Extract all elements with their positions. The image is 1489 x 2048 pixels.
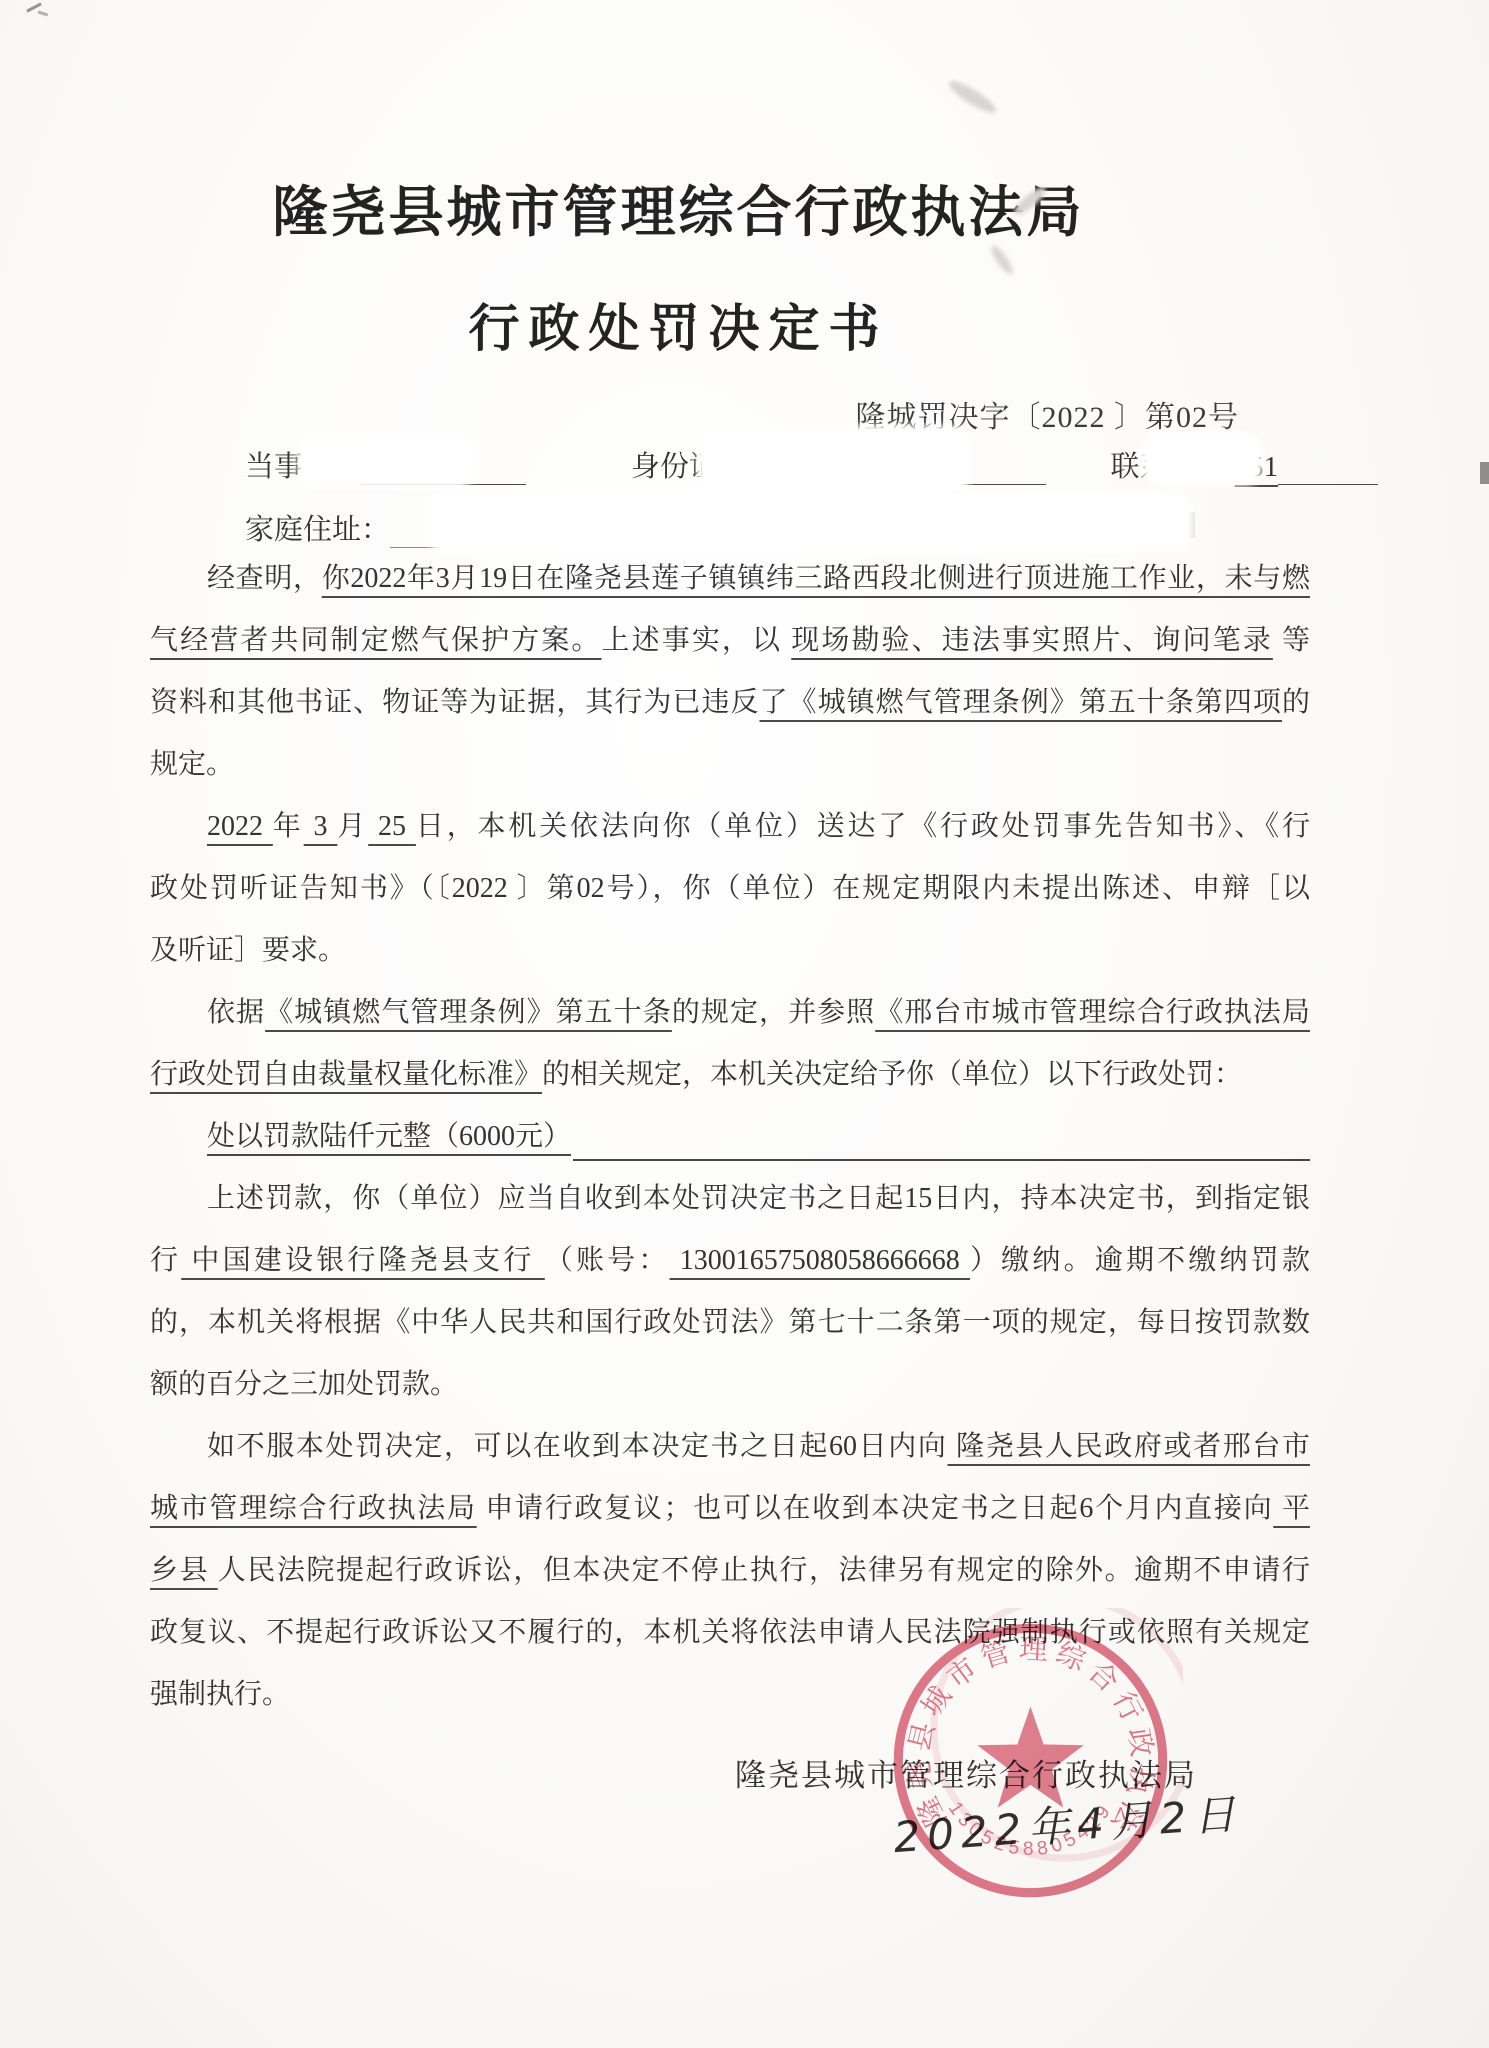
body-line: 经查明，你2022年3月19日在隆尧县莲子镇镇纬三路西段北侧进行顶进施工作业，未… — [150, 548, 1310, 610]
body-line: 及听证］要求。 — [150, 920, 1310, 982]
underlined-text: 城市管理综合行政执法局 — [150, 1493, 477, 1524]
official-red-seal: 隆尧县城市管理综合行政执法局 1305258805429 — [878, 1608, 1183, 1913]
body-line: 行 中国建设银行隆尧县支行 （账号： 13001657508058666668 … — [150, 1230, 1310, 1292]
ghost-stroke — [1188, 512, 1195, 538]
body-line: 的，本机关将根据《中华人民共和国行政处罚法》第七十二条第一项的规定，每日按罚款数 — [150, 1292, 1310, 1354]
underlined-text: 行政处罚自由裁量权量化标准》 — [150, 1059, 542, 1090]
text-segment: 的 — [1282, 687, 1310, 718]
scan-artifact — [38, 11, 48, 17]
redaction-id — [702, 430, 967, 488]
underlined-text: 《邢台市城市管理综合行政执法局 — [875, 997, 1310, 1028]
seal-ring-text: 隆尧县城市管理综合行政执法局 — [878, 1608, 1158, 1843]
svg-text:1305258805429: 1305258805429 — [944, 1798, 1117, 1860]
title-doc-type: 行政处罚决定书 — [0, 287, 1423, 361]
scanned-document-page: 隆尧县城市管理综合行政执法局 行政处罚决定书 隆城罚决字〔2022 〕第02号 … — [0, 0, 1489, 2048]
body-line: 资料和其他书证、物证等为证据，其行为已违反了《城镇燃气管理条例》第五十条第四项的 — [150, 672, 1310, 734]
text-segment: 及听证］要求。 — [150, 935, 346, 966]
underlined-text: 隆尧县人民政府或者邢台市 — [948, 1431, 1310, 1462]
text-segment: 规定。 — [150, 749, 234, 780]
text-segment: 政处罚听证告知书》（〔2022 〕第02号），你（单位）在规定期限内未提出陈述、… — [150, 873, 1310, 904]
text-segment: 年 — [273, 811, 304, 842]
contact-blank — [1278, 448, 1378, 485]
underlined-text: 气经营者共同制定燃气保护方案。 — [150, 625, 602, 656]
body-line: 额的百分之三加处罚款。 — [150, 1354, 1310, 1416]
redaction-contact — [1146, 437, 1258, 481]
text-segment: 的相关规定，本机关决定给予你（单位）以下行政处罚： — [542, 1059, 1242, 1090]
text-segment: 如不服本处罚决定，可以在收到本决定书之日起60日内向 — [207, 1431, 948, 1462]
body-line: 规定。 — [150, 734, 1310, 796]
underlined-text: 你2022年3月19日在隆尧县莲子镇镇纬三路西段北侧进行顶进施工作业，未与燃 — [322, 563, 1310, 594]
body-line: 气经营者共同制定燃气保护方案。上述事实，以 现场勘验、违法事实照片、询问笔录 等 — [150, 610, 1310, 672]
body-line: 如不服本处罚决定，可以在收到本决定书之日起60日内向 隆尧县人民政府或者邢台市 — [150, 1416, 1310, 1478]
underlined-text: 《城镇燃气管理条例》第五十条 — [265, 997, 672, 1028]
title-agency: 隆尧县城市管理综合行政执法局 — [0, 168, 1423, 247]
text-segment: 经查明， — [207, 563, 322, 594]
underlined-text: 处以罚款陆仟元整（6000元） — [207, 1106, 571, 1168]
redaction-address-2 — [560, 490, 880, 550]
underlined-text: 13001657508058666668 — [670, 1245, 970, 1276]
body-line: 政处罚听证告知书》（〔2022 〕第02号），你（单位）在规定期限内未提出陈述、… — [150, 858, 1310, 920]
text-segment: 月 — [337, 811, 368, 842]
body-line: 处以罚款陆仟元整（6000元） — [150, 1106, 1310, 1168]
text-segment: ）缴纳。逾期不缴纳罚款 — [970, 1245, 1310, 1276]
svg-text:隆尧县城市管理综合行政执法局: 隆尧县城市管理综合行政执法局 — [878, 1608, 1158, 1843]
body-line: 乡县 人民法院提起行政诉讼，但本决定不停止执行，法律另有规定的除外。逾期不申请行 — [150, 1540, 1310, 1602]
text-segment: 人民法院提起行政诉讼，但本决定不停止执行，法律另有规定的除外。逾期不申请行 — [218, 1555, 1310, 1586]
document-body: 经查明，你2022年3月19日在隆尧县莲子镇镇纬三路西段北侧进行顶进施工作业，未… — [150, 548, 1310, 1726]
underlined-text: 了《城镇燃气管理条例》第五十条第四项 — [760, 687, 1282, 718]
text-segment: 的，本机关将根据《中华人民共和国行政处罚法》第七十二条第一项的规定，每日按罚款数 — [150, 1307, 1310, 1338]
text-segment: 日，本机关依法向你（单位）送达了《行政处罚事先告知书》、《行 — [416, 811, 1310, 842]
body-line: 上述罚款，你（单位）应当自收到本处罚决定书之日起15日内，持本决定书，到指定银 — [150, 1168, 1310, 1230]
body-line: 依据《城镇燃气管理条例》第五十条的规定，并参照《邢台市城市管理综合行政执法局 — [150, 982, 1310, 1044]
text-segment: 申请行政复议；也可以在收到本决定书之日起6个月内直接向 — [477, 1493, 1274, 1524]
text-segment: 上述罚款，你（单位）应当自收到本处罚决定书之日起15日内，持本决定书，到指定银 — [207, 1183, 1310, 1214]
text-segment: 行 — [150, 1245, 181, 1276]
underlined-text: 平 — [1273, 1493, 1310, 1524]
text-segment: （账号： — [545, 1245, 670, 1276]
body-line: 城市管理综合行政执法局 申请行政复议；也可以在收到本决定书之日起6个月内直接向 … — [150, 1478, 1310, 1540]
redaction-name — [302, 438, 470, 484]
scan-smudge — [945, 76, 999, 117]
document-title: 隆尧县城市管理综合行政执法局 行政处罚决定书 — [0, 168, 1423, 361]
seal-code: 1305258805429 — [944, 1798, 1117, 1860]
address-label: 家庭住址： — [245, 514, 390, 546]
underlined-text: 中国建设银行隆尧县支行 — [181, 1245, 545, 1276]
seal-star-icon — [977, 1707, 1083, 1808]
text-segment: 强制执行。 — [150, 1679, 290, 1710]
scan-artifact — [1480, 462, 1489, 484]
text-segment: 的规定，并参照 — [672, 997, 875, 1028]
underlined-text: 现场勘验、违法事实照片、询问笔录 — [791, 625, 1273, 656]
text-segment: 依据 — [207, 997, 265, 1028]
text-segment: 等 — [1273, 625, 1310, 656]
underline-filler — [573, 1159, 1310, 1161]
underlined-text: 2022 — [207, 811, 273, 842]
underlined-text: 25 — [368, 811, 416, 842]
underlined-text: 乡县 — [150, 1555, 218, 1586]
body-line: 2022 年 3 月 25 日，本机关依法向你（单位）送达了《行政处罚事先告知书… — [150, 796, 1310, 858]
text-segment: 额的百分之三加处罚款。 — [150, 1369, 458, 1400]
text-segment: 资料和其他书证、物证等为证据，其行为已违反 — [150, 687, 760, 718]
underlined-text: 3 — [304, 811, 338, 842]
body-line: 行政处罚自由裁量权量化标准》的相关规定，本机关决定给予你（单位）以下行政处罚： — [150, 1044, 1310, 1106]
text-segment: 上述事实，以 — [602, 625, 792, 656]
